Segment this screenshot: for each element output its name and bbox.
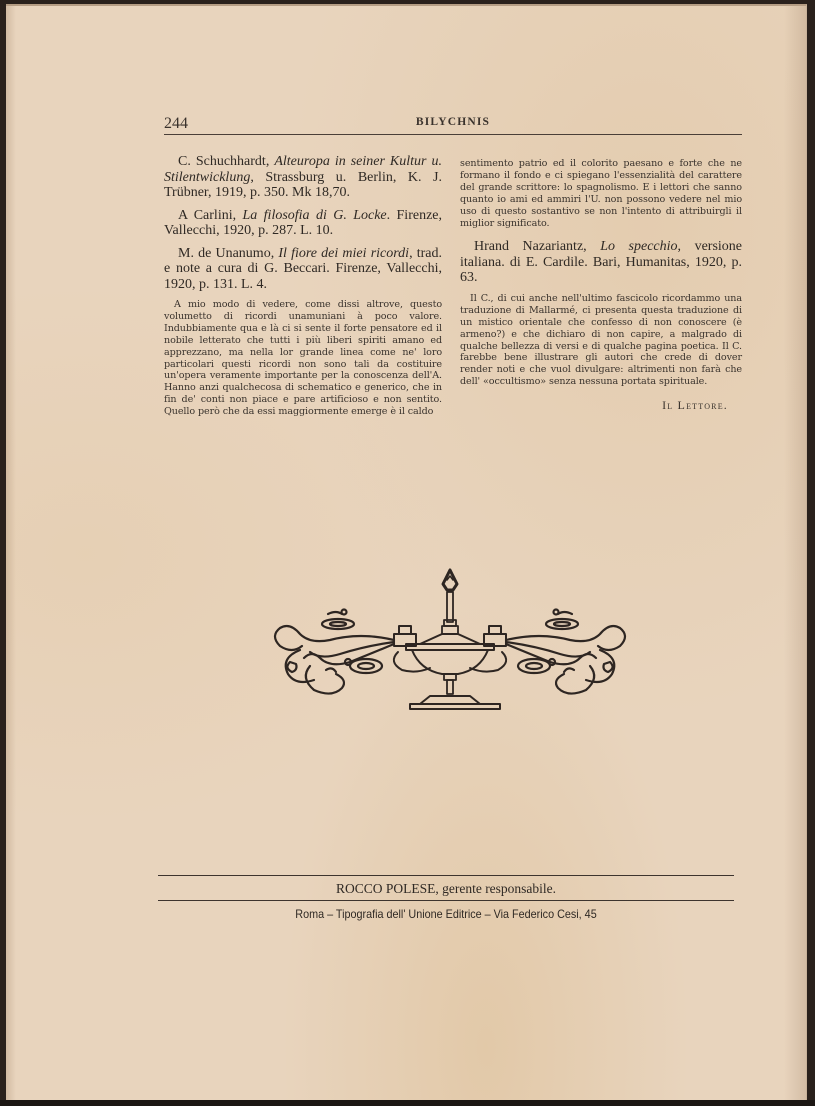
entry-author: C. Schuchhardt, [178, 154, 269, 169]
entry-author: Hrand Nazariantz, [474, 239, 587, 254]
review-text: Il C., di cui anche nell'ultimo fascicol… [460, 293, 742, 388]
oil-lamp-ornament-icon [270, 562, 630, 712]
bibliography-entry: M. de Unanumo, Il fiore dei miei ricordi… [164, 246, 442, 293]
bibliography-entry: C. Schuchhardt, Alteuropa in seiner Kult… [164, 154, 442, 201]
page: 244 BILYCHNIS C. Schuchhardt, Alteuropa … [6, 4, 807, 1102]
review-text-continued: sentimento patrio ed il colorito paesano… [460, 158, 742, 229]
bibliography-entry: A Carlini, La filosofia di G. Locke. Fir… [164, 208, 442, 239]
journal-title: BILYCHNIS [164, 116, 742, 128]
signature: Il Lettore. [460, 398, 742, 413]
entry-title: Lo specchio [600, 239, 677, 254]
footer-printer: Roma – Tipografia dell' Unione Editrice … [187, 901, 705, 921]
entry-title: Il fiore dei miei ricordi [278, 246, 409, 261]
footer-responsible: ROCCO POLESE, gerente responsabile. [158, 876, 734, 900]
entry-author: M. de Unanumo, [178, 246, 274, 261]
entry-author: A Carlini, [178, 208, 236, 223]
running-head: 244 BILYCHNIS [164, 114, 742, 135]
bibliography-entry: Hrand Nazariantz, Lo specchio, versione … [460, 239, 742, 286]
left-column: C. Schuchhardt, Alteuropa in seiner Kult… [164, 154, 442, 428]
entry-title: La filosofia di G. Locke [243, 208, 387, 223]
review-text: A mio modo di vedere, come dissi altrove… [164, 299, 442, 418]
bottom-edge-shadow [0, 1100, 815, 1106]
spine-shadow [784, 6, 806, 1102]
right-column: sentimento patrio ed il colorito paesano… [460, 158, 742, 413]
page-edge-shadow [6, 6, 16, 1102]
footer: ROCCO POLESE, gerente responsabile. Roma… [158, 875, 734, 921]
